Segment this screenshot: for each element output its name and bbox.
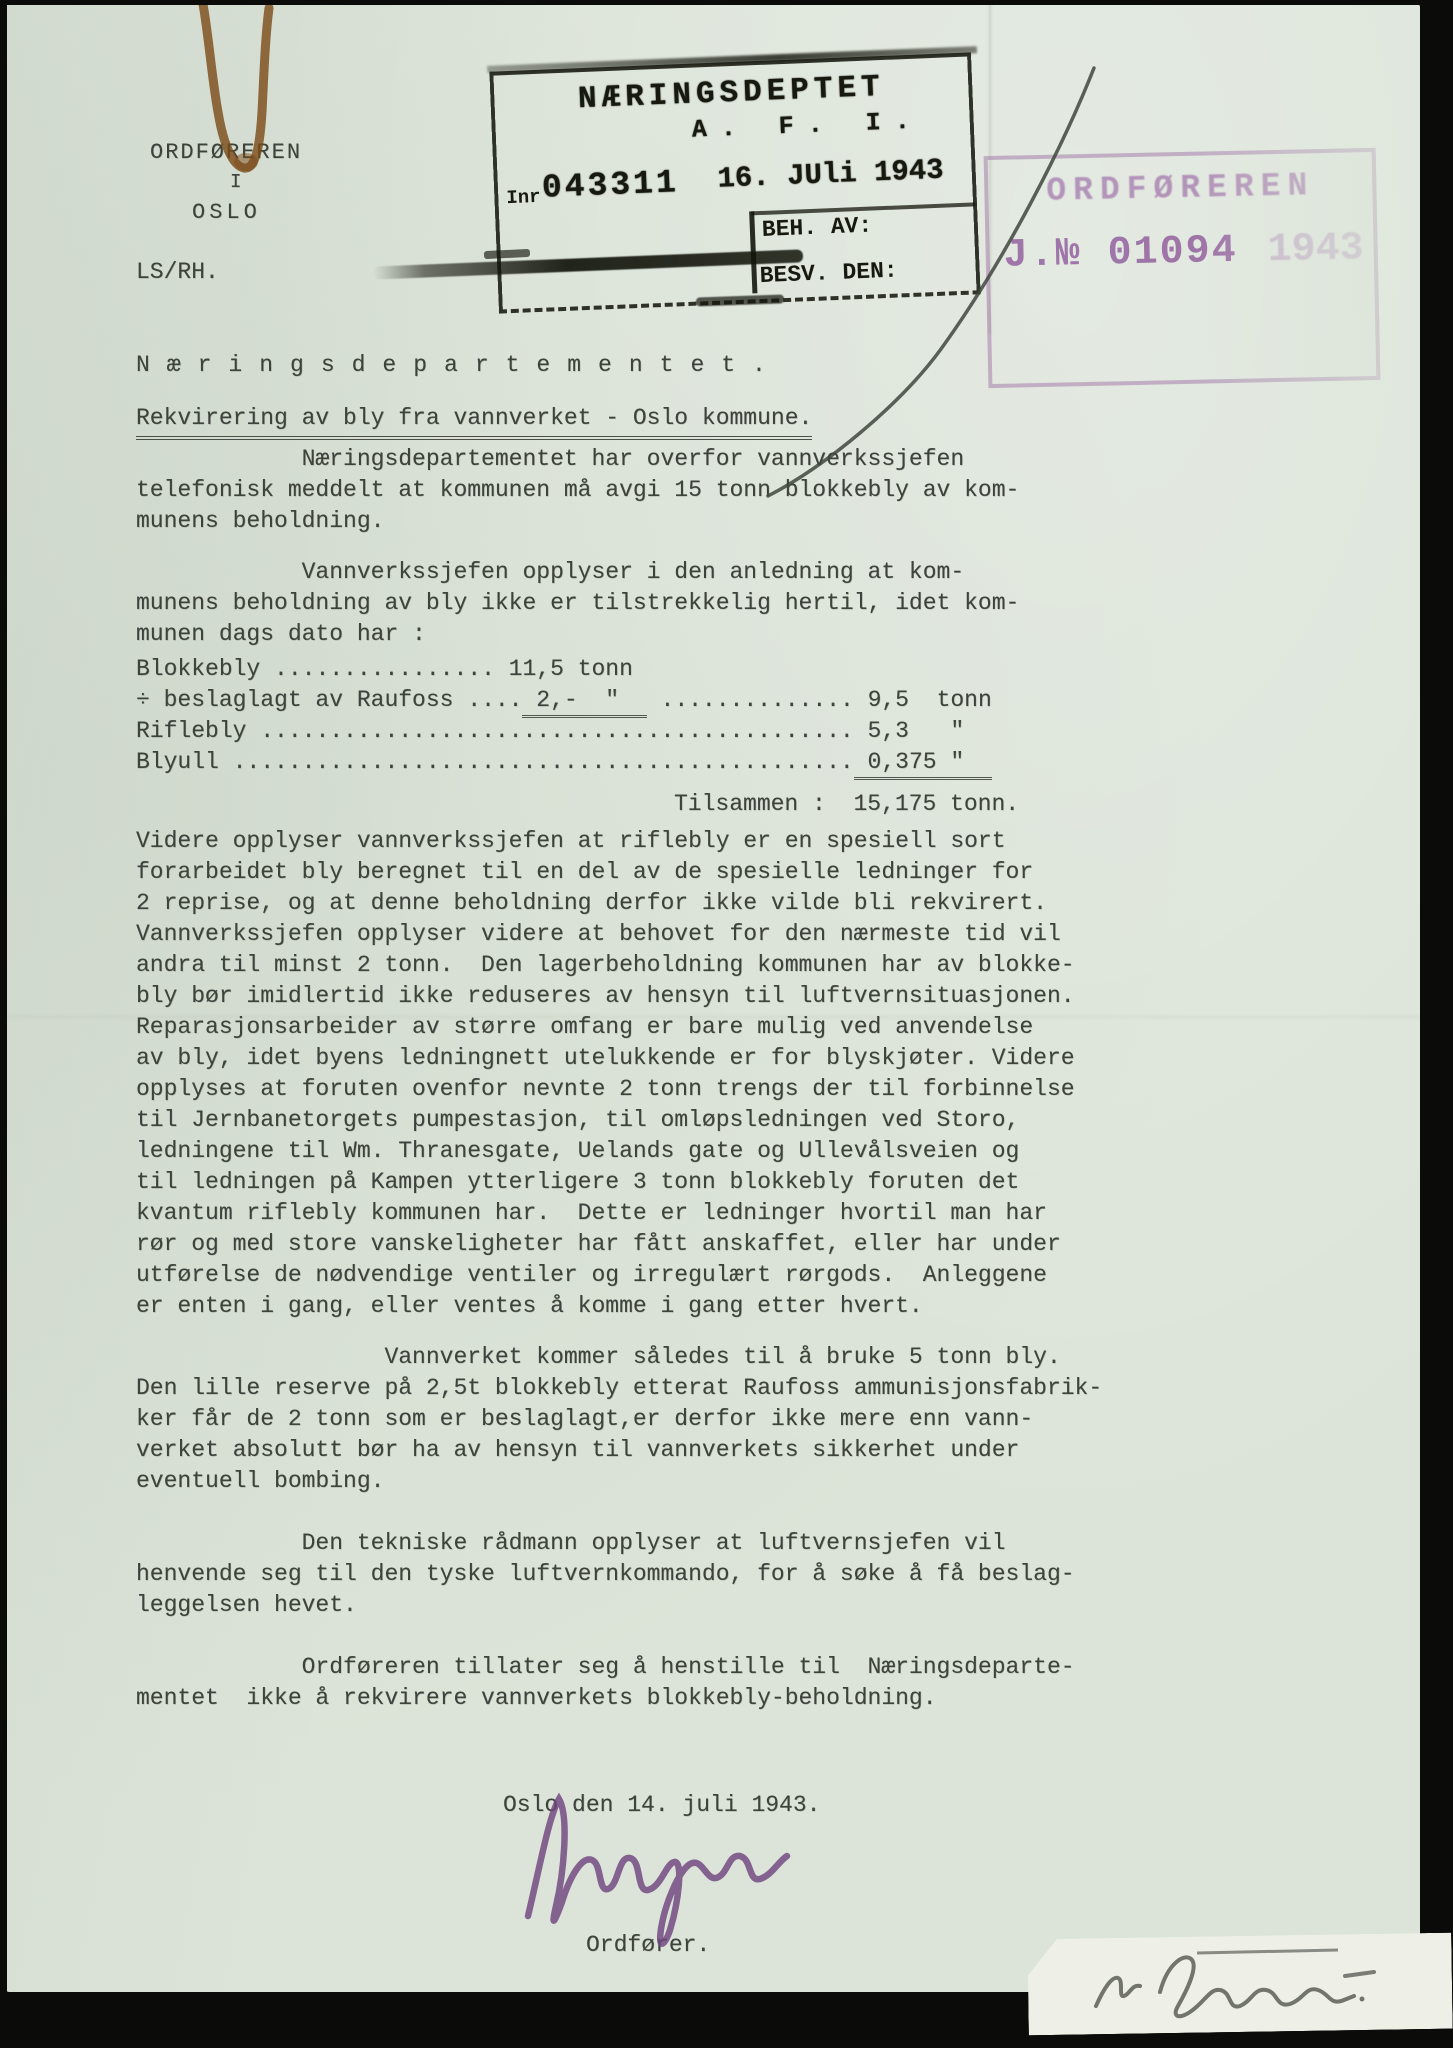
item-label: Blyull (136, 749, 233, 775)
paragraph-6: Ordføreren tillater seg å henstille til … (136, 1652, 1075, 1714)
stamp-besv-den-label: BESV. DEN: (759, 258, 898, 290)
inventory-row-riflebly: Riflebly ...............................… (136, 716, 964, 747)
item-label: Blokkebly (136, 656, 274, 682)
underlying-sheet-corner (1027, 1933, 1452, 2036)
dot-leader: ........................................… (233, 749, 854, 775)
paper-sheet: ORDFØREREN I OSLO LS/RH. Næringsdepartem… (6, 4, 1420, 1992)
item-label: Riflebly (136, 718, 260, 744)
scan-edge (1420, 0, 1453, 2048)
paragraph-1: Næringsdepartementet har overfor vannver… (136, 444, 1019, 537)
stamp-journal-number: 043311 (541, 164, 679, 206)
item-value: 11,5 tonn (495, 656, 633, 682)
scanned-letter: ORDFØREREN I OSLO LS/RH. Næringsdepartem… (0, 0, 1453, 2048)
scan-edge (0, 0, 7, 2048)
dot-leader: ................ (274, 656, 495, 682)
letterhead-office: ORDFØREREN (150, 140, 302, 166)
dot-leader: ........................................… (260, 718, 854, 744)
letterhead-i: I (230, 169, 243, 195)
purple-journal-stamp: ORDFØREREN J.№ 01094 1943 (984, 148, 1381, 388)
total-value: 15,175 tonn. (840, 791, 1019, 817)
reference-initials: LS/RH. (136, 257, 219, 288)
item-value: 0,375 " (854, 749, 992, 780)
paragraph-2: Vannverkssjefen opplyser i den anledning… (136, 557, 1019, 650)
item-label: ÷ beslaglagt av Raufoss (136, 687, 467, 713)
inventory-row-blokkebly: Blokkebly ................ 11,5 tonn (136, 654, 633, 685)
stamp-date: 16. JUli 1943 (717, 154, 944, 196)
paragraph-3: Videre opplyser vannverkssjefen at rifle… (136, 826, 1075, 1322)
stamp-beh-av-label: BEH. AV: (761, 213, 872, 243)
paragraph-4: Vannverket kommer således til å bruke 5 … (136, 1342, 1102, 1497)
paragraph-5: Den tekniske rådmann opplyser at luftver… (136, 1528, 1075, 1621)
stamp-ink-smear (696, 294, 784, 306)
inventory-row-blyull: Blyull .................................… (136, 747, 992, 778)
item-value: 9,5 tonn (854, 687, 992, 713)
inventory-total-row: Tilsammen : 15,175 tonn. (674, 789, 1019, 820)
letterhead-city: OSLO (192, 200, 261, 226)
scan-edge (0, 0, 1453, 5)
stamp-fade-overlay (984, 148, 1381, 388)
dateline: Oslo den 14. juli 1943. (503, 1790, 820, 1821)
stamp-ink-smear (373, 249, 803, 279)
subject-line: Rekvirering av bly fra vannverket - Oslo… (136, 403, 812, 440)
dot-leader: .............. (647, 687, 854, 713)
deduction-value: 2,- " (522, 687, 646, 718)
total-label: Tilsammen : (674, 791, 840, 817)
dot-leader: .... (467, 687, 522, 713)
inventory-row-raufoss: ÷ beslaglagt av Raufoss .... 2,- " .....… (136, 685, 992, 716)
signed-role: Ordfører. (586, 1930, 710, 1961)
recipient-line: Næringsdepartementet. (136, 350, 783, 381)
stamp-journal-label: Inr (506, 186, 541, 209)
item-value: 5,3 " (854, 718, 964, 744)
ink-registry-stamp: NÆRINGSDEPTET A. F. I. Inr 043311 16. JU… (489, 52, 980, 313)
